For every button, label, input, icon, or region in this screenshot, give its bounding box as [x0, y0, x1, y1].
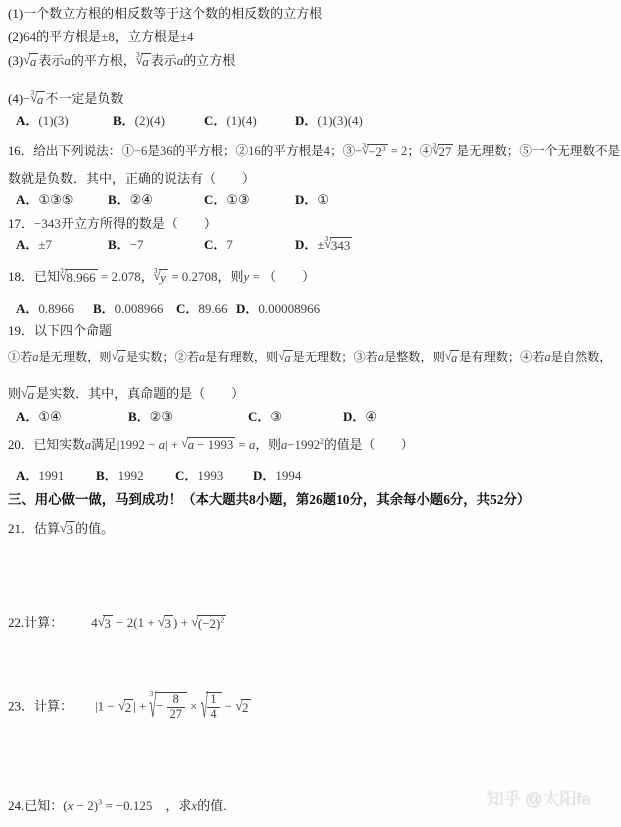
text-segment: 的平方根是 — [36, 29, 101, 44]
text-segment: ，则 — [255, 438, 281, 452]
text-segment: ，立方根是 — [115, 29, 180, 44]
text-segment: ①④ — [38, 409, 61, 424]
text-segment: ③ — [270, 409, 282, 424]
text-segment: 2 — [242, 700, 249, 715]
text-segment: (1)(3) — [38, 113, 68, 128]
choice-letter: C． — [204, 237, 226, 252]
text-segment: − — [222, 699, 236, 714]
radical-expression: √3 — [158, 615, 173, 631]
text-segment: 64 — [23, 29, 36, 44]
radical-expression: 3√27 — [433, 144, 454, 159]
radical-expression: √a — [112, 350, 126, 365]
choice-option: B．1992 — [96, 468, 144, 485]
text-segment: ±8 — [101, 29, 115, 44]
choice-option: B．0.008966 — [93, 301, 163, 318]
text-segment: 的平方根， — [71, 53, 136, 68]
text-segment: 0.00008966 — [258, 301, 320, 316]
text-segment: a — [118, 351, 124, 365]
radical-expression: √(−2)2 — [191, 615, 226, 631]
radical-expression: 3√8.966 — [60, 269, 98, 285]
text-segment: (2)(4) — [135, 113, 165, 128]
text-segment: 7 — [226, 237, 233, 252]
text-segment: 2 — [125, 700, 132, 715]
text-segment: 3 — [382, 143, 386, 152]
choice-option: C．(1)(4) — [204, 113, 257, 130]
question-17-stem: 17．−343开立方所得的数是（ ） — [8, 216, 616, 233]
text-segment: a — [451, 351, 457, 365]
text-segment: = 0.2708 — [168, 269, 218, 284]
text-segment: = — [235, 438, 249, 452]
text-segment: 的平方根；② — [173, 144, 249, 158]
section-3-header: 三、用心做一做，马到成功！（本大题共8小题，第26题10分，其余每小题6分，共5… — [8, 491, 616, 508]
choice-option: D．① — [295, 192, 329, 209]
text-segment: 不一定是负数 — [45, 91, 123, 106]
choice-option: B．②③ — [128, 409, 173, 426]
text-segment: 22.计算： — [8, 615, 63, 630]
question-23-stem: 23．计算：|1 − √2| + 3√− 827 × √14 − √2 — [8, 693, 616, 722]
text-segment: 开立方所得的数是（ ） — [61, 216, 217, 231]
choice-option: C．1993 — [175, 468, 223, 485]
text-segment: 1991 — [38, 468, 64, 483]
radical-expression: √3 — [60, 521, 75, 537]
text-segment: ， — [141, 269, 154, 284]
text-segment: 3 — [165, 616, 172, 631]
text-segment: ±7 — [38, 237, 52, 252]
choice-letter: B． — [93, 301, 115, 316]
text-segment: |1 − — [95, 699, 118, 714]
text-segment: − 2(1 + — [113, 615, 158, 630]
choice-option: A．1991 — [16, 468, 64, 485]
choice-letter: D． — [343, 409, 365, 424]
text-segment: ±4 — [180, 29, 194, 44]
text-segment: ，求 — [152, 798, 191, 813]
text-segment: 是无理数，则 — [38, 350, 111, 364]
text-segment: 是实数；②若 — [126, 350, 199, 364]
text-segment: | + — [133, 699, 149, 714]
text-segment: 19．以下四个命题 — [8, 323, 112, 338]
choice-option: D．(1)(3)(4) — [295, 113, 363, 130]
radical-expression: √a — [23, 53, 38, 69]
text-segment: − 2) — [73, 798, 98, 813]
text-segment: 23．计算： — [8, 699, 73, 714]
choice-option: B．②④ — [108, 192, 153, 209]
text-segment: = −0.125 — [102, 798, 152, 813]
text-segment: −2 — [368, 145, 381, 159]
choice-letter: A． — [16, 237, 38, 252]
choice-letter: D． — [253, 468, 275, 483]
question-19-stem: 19．以下四个命题 — [8, 323, 616, 340]
text-segment: 0.8966 — [38, 301, 74, 316]
text-segment: 89.66 — [198, 301, 227, 316]
choice-option: A．①④ — [16, 409, 62, 426]
text-segment — [63, 626, 91, 627]
text-segment: 是实数．其中，真命题的是（ ） — [36, 386, 244, 401]
text-segment: 三、用心做一做，马到成功！（本大题共8小题，第26题10分，其余每小题6分，共5… — [8, 492, 530, 507]
radical-expression: √a — [445, 350, 459, 365]
choice-letter: A． — [16, 409, 38, 424]
text-segment: a — [28, 387, 35, 402]
question-24-stem: 24.已知：(x − 2)3 = −0.125 ，求x的值. — [8, 798, 616, 815]
text-segment: 3 — [104, 616, 111, 631]
text-segment: 的值. — [197, 798, 226, 813]
text-segment: a — [284, 351, 290, 365]
text-segment: 2 — [220, 616, 224, 625]
radical-expression: 3√− 827 — [150, 692, 187, 721]
question-21-stem: 21．估算√3的值。 — [8, 521, 616, 538]
choice-letter: C． — [248, 409, 270, 424]
text-segment: ①若 — [8, 350, 32, 364]
text-segment: (−2) — [198, 616, 221, 631]
text-segment: ，则 — [218, 269, 244, 284]
text-segment: × — [187, 699, 201, 714]
text-segment: (1)(3)(4) — [317, 113, 362, 128]
text-segment: (4) — [8, 91, 23, 106]
choice-option: C．89.66 — [176, 301, 228, 318]
choice-letter: D． — [295, 192, 317, 207]
choice-letter: B． — [96, 468, 118, 483]
statement-3: (3)√a表示a的平方根，3√a表示a的立方根 — [8, 53, 616, 70]
text-segment: 8.966 — [66, 270, 95, 285]
text-segment: 16 — [248, 144, 261, 158]
text-segment: (1)一个数立方根的相反数等于这个数的相反数的立方根 — [8, 6, 322, 21]
text-segment: |1992 − — [117, 438, 159, 452]
choice-option: D．±3√343 — [295, 237, 352, 254]
radical-expression: √14 — [201, 692, 222, 721]
text-segment: 36 — [160, 144, 173, 158]
choice-option: D．④ — [343, 409, 377, 426]
choice-option: A．0.8966 — [16, 301, 74, 318]
text-segment: 3 — [67, 522, 74, 537]
question-16-stem-2: 数就是负数．其中，正确的说法有（ ） — [8, 171, 616, 188]
text-segment: y — [160, 270, 166, 285]
text-segment: 27 — [439, 145, 452, 159]
radical-expression: 3√a — [31, 91, 46, 107]
radical-expression: 3√−23 — [362, 144, 387, 159]
text-segment: 1994 — [275, 468, 301, 483]
choice-letter: D． — [236, 301, 258, 316]
text-segment: | + — [165, 438, 181, 452]
text-segment: ②③ — [150, 409, 173, 424]
text-segment: 24.已知： — [8, 798, 63, 813]
choice-letter: A． — [16, 468, 38, 483]
text-segment: 20．已知实数 — [8, 438, 85, 452]
choice-letter: C． — [204, 113, 226, 128]
radical-expression: √a — [21, 386, 36, 402]
radical-expression: √2 — [118, 699, 133, 715]
text-segment: 17． — [8, 216, 34, 231]
radical-expression: 3√343 — [325, 237, 353, 253]
text-segment: = 2 — [388, 144, 408, 158]
text-segment: 是无理数；⑤一个无理数不是正 — [453, 144, 621, 158]
choice-letter: D． — [295, 113, 317, 128]
text-segment: 表示 — [38, 53, 64, 68]
text-segment: = 2.078 — [98, 269, 141, 284]
choice-letter: B． — [113, 113, 135, 128]
choice-letter: C． — [204, 192, 226, 207]
radical-expression: √a − 1993 — [181, 437, 235, 452]
radical-expression: 3√y — [154, 269, 168, 285]
text-segment: 1992 — [118, 468, 144, 483]
text-segment: 21．估算 — [8, 521, 60, 536]
text-segment: （ ） — [263, 269, 315, 284]
text-segment: 的值。 — [75, 521, 114, 536]
question-18-stem: 18．已知3√8.966 = 2.078，3√y = 0.2708，则y = （… — [8, 269, 616, 286]
choice-option: C．①③ — [204, 192, 250, 209]
text-segment: 的立方根 — [183, 53, 235, 68]
text-segment: −6 — [134, 144, 147, 158]
text-segment: − — [156, 698, 167, 713]
text-segment: 是整数，则 — [384, 350, 445, 364]
text-segment: 是自然数， — [551, 350, 612, 364]
document-page: 知乎 @太阳fa (1)一个数立方根的相反数等于这个数的相反数的立方根(2)64… — [0, 0, 621, 827]
text-segment: ；④ — [407, 144, 432, 158]
text-segment: 343 — [331, 238, 351, 253]
choice-option: C．7 — [204, 237, 233, 254]
text-segment: 0.008966 — [115, 301, 164, 316]
text-segment: 表示 — [151, 53, 177, 68]
radical-expression: √2 — [235, 699, 250, 715]
choice-option: B．−7 — [108, 237, 144, 254]
choice-option: B．(2)(4) — [113, 113, 165, 130]
text-segment: (2) — [8, 29, 23, 44]
choice-option: A．±7 — [16, 237, 52, 254]
text-segment: 18．已知 — [8, 269, 60, 284]
choice-letter: A． — [16, 113, 38, 128]
fraction: 14 — [207, 693, 219, 721]
statement-2: (2)64的平方根是±8，立方根是±4 — [8, 29, 616, 46]
text-segment: a — [142, 54, 149, 69]
text-segment: 16．给出下列说法：① — [8, 144, 134, 158]
choice-letter: A． — [16, 192, 38, 207]
text-segment: 1993 — [197, 468, 223, 483]
question-16-stem: 16．给出下列说法：①−6是36的平方根；②16的平方根是4；③−3√−23 =… — [8, 143, 616, 160]
choice-option: A．(1)(3) — [16, 113, 69, 130]
choice-letter: C． — [175, 468, 197, 483]
text-segment: 是无理数；③若 — [293, 350, 378, 364]
question-19-propositions: ①若a是无理数，则√a是实数；②若a是有理数，则√a是无理数；③若a是整数，则√… — [8, 350, 616, 366]
choice-option: D．0.00008966 — [236, 301, 320, 318]
statement-1: (1)一个数立方根的相反数等于这个数的相反数的立方根 — [8, 6, 616, 23]
statement-4: (4)−3√a不一定是负数 — [8, 91, 616, 108]
radical-expression: √3 — [98, 615, 113, 631]
text-segment: 的平方根是 — [261, 144, 324, 158]
text-segment: ②④ — [130, 192, 153, 207]
text-segment: ；③ — [330, 144, 355, 158]
text-segment: ① — [317, 192, 329, 207]
choice-letter: B． — [108, 192, 130, 207]
question-22-stem: 22.计算：4√3 − 2(1 + √3) + √(−2)2 — [8, 615, 616, 632]
text-segment: −1992 — [287, 438, 320, 452]
choice-letter: D． — [295, 237, 317, 252]
choice-option: A．①③⑤ — [16, 192, 73, 209]
choice-letter: C． — [176, 301, 198, 316]
text-segment: 满足 — [91, 438, 117, 452]
text-segment: a — [30, 54, 37, 69]
choice-option: D．1994 — [253, 468, 301, 485]
question-19-propositions-2: 则√a是实数．其中，真命题的是（ ） — [8, 386, 616, 403]
text-segment: (1)(4) — [226, 113, 256, 128]
text-segment: ) + — [173, 615, 191, 630]
text-segment: 是有理数；④若 — [459, 350, 544, 364]
text-segment: −343 — [34, 216, 61, 231]
text-segment: = — [249, 269, 263, 284]
text-segment — [73, 710, 95, 711]
text-segment: 是有理数，则 — [205, 350, 278, 364]
text-segment: a — [37, 92, 44, 107]
fraction: 827 — [167, 693, 185, 721]
text-segment: ④ — [365, 409, 377, 424]
text-segment: 则 — [8, 386, 21, 401]
text-segment: −7 — [130, 237, 144, 252]
text-segment: (3) — [8, 53, 23, 68]
choice-letter: B． — [108, 237, 130, 252]
text-segment: 的值是（ ） — [324, 438, 414, 452]
choice-letter: B． — [128, 409, 150, 424]
text-segment: ①③ — [226, 192, 249, 207]
radical-expression: 3√a — [136, 53, 151, 69]
text-segment: − 1993 — [194, 438, 233, 452]
radical-expression: √a — [278, 350, 292, 365]
choice-option: C．③ — [248, 409, 282, 426]
text-segment: 数就是负数．其中，正确的说法有（ ） — [8, 171, 255, 186]
choice-letter: A． — [16, 301, 38, 316]
text-segment: ①③⑤ — [38, 192, 73, 207]
text-segment: 是 — [147, 144, 160, 158]
question-20-stem: 20．已知实数a满足|1992 − a| + √a − 1993 = a，则a−… — [8, 437, 616, 454]
